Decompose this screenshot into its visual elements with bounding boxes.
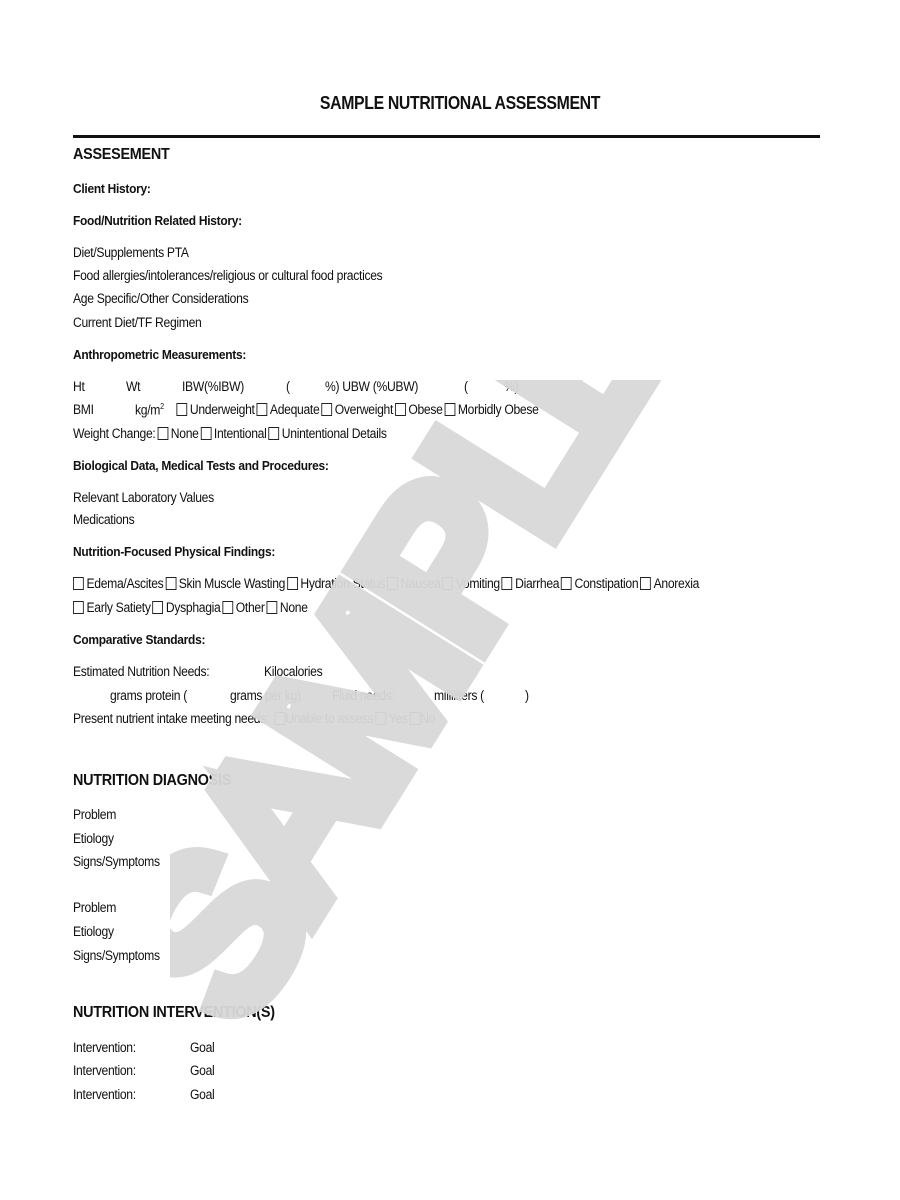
biological-item: Relevant Laboratory Values xyxy=(73,490,214,505)
finding-label: Anorexia xyxy=(654,576,699,591)
anthro-ht: Ht xyxy=(73,379,85,394)
anthro-paren-close: %) xyxy=(504,379,518,394)
comparative-label: Comparative Standards: xyxy=(73,632,205,647)
intervention-label: Intervention: xyxy=(73,1087,136,1102)
milliliters-label: milliliters ( xyxy=(434,688,484,703)
intake-unable-checkbox[interactable] xyxy=(274,712,285,725)
food-history-label: Food/Nutrition Related History: xyxy=(73,213,242,228)
intervention-label: Intervention: xyxy=(73,1040,136,1055)
food-history-item: Food allergies/intolerances/religious or… xyxy=(73,268,382,283)
weight-change-option-label: Intentional xyxy=(214,426,267,441)
finding-other-checkbox[interactable] xyxy=(222,601,233,614)
bmi-label: BMI xyxy=(73,402,94,417)
bmi-obese-checkbox[interactable] xyxy=(395,403,406,416)
finding-label: Skin Muscle Wasting xyxy=(179,576,285,591)
weight-change-option-label: Unintentional Details xyxy=(282,426,387,441)
finding-diarrhea-checkbox[interactable] xyxy=(502,577,513,590)
finding-label: Early Satiety xyxy=(87,600,151,615)
intervention-label: Intervention: xyxy=(73,1063,136,1078)
weight-change-label: Weight Change: xyxy=(73,426,156,441)
food-history-item: Current Diet/TF Regimen xyxy=(73,315,201,330)
bmi-option-label: Obese xyxy=(408,402,442,417)
biological-item: Medications xyxy=(73,512,134,527)
fluid-needs-label: Fluid needs: xyxy=(332,688,394,703)
grams-per-kg-label: grams per kg) xyxy=(230,688,301,703)
intake-no-checkbox[interactable] xyxy=(409,712,420,725)
finding-label: Diarrhea xyxy=(515,576,559,591)
finding-nausea-checkbox[interactable] xyxy=(387,577,398,590)
document-page: SAMPLE NUTRITIONAL ASSESSMENT ASSESEMENT… xyxy=(0,0,900,1200)
diagnosis-heading: NUTRITION DIAGNOSIS xyxy=(73,772,231,790)
physical-findings-label: Nutrition-Focused Physical Findings: xyxy=(73,544,275,559)
diagnosis-signs: Signs/Symptoms xyxy=(73,948,160,963)
finding-label: Constipation xyxy=(575,576,639,591)
finding-dysphagia-checkbox[interactable] xyxy=(152,601,163,614)
bmi-option-label: Adequate xyxy=(270,402,320,417)
intervention-goal: Goal xyxy=(190,1087,214,1102)
grams-protein-label: grams protein ( xyxy=(110,688,187,703)
food-history-item: Diet/Supplements PTA xyxy=(73,245,189,260)
finding-label: None xyxy=(280,600,308,615)
biological-label: Biological Data, Medical Tests and Proce… xyxy=(73,458,329,473)
anthro-paren-open: ( xyxy=(286,379,290,394)
weight-change-unintentional-checkbox[interactable] xyxy=(268,427,279,440)
bmi-adequate-checkbox[interactable] xyxy=(256,403,267,416)
finding-label: Hydration Status xyxy=(300,576,385,591)
weight-change-intentional-checkbox[interactable] xyxy=(200,427,211,440)
anthropometric-label: Anthropometric Measurements: xyxy=(73,347,246,362)
diagnosis-signs: Signs/Symptoms xyxy=(73,854,160,869)
bmi-options-row: kg/m2 Underweight Adequate Overweight Ob… xyxy=(135,402,539,418)
bmi-overweight-checkbox[interactable] xyxy=(321,403,332,416)
intake-label: Present nutrient intake meeting needs: xyxy=(73,711,269,726)
finding-label: Nausea xyxy=(400,576,440,591)
bmi-option-label: Morbidly Obese xyxy=(458,402,539,417)
diagnosis-problem: Problem xyxy=(73,807,116,822)
finding-hydration-checkbox[interactable] xyxy=(287,577,298,590)
bmi-underweight-checkbox[interactable] xyxy=(176,403,187,416)
anthro-ibw: IBW(%IBW) xyxy=(182,379,244,394)
intake-yes-checkbox[interactable] xyxy=(375,712,386,725)
finding-vomiting-checkbox[interactable] xyxy=(442,577,453,590)
client-history-label: Client History: xyxy=(73,181,151,196)
weight-change-option-label: None xyxy=(171,426,199,441)
intake-option-label: Unable to assess xyxy=(285,711,373,726)
finding-edema-checkbox[interactable] xyxy=(73,577,84,590)
intake-option-label: Yes xyxy=(389,711,408,726)
finding-none-checkbox[interactable] xyxy=(266,601,277,614)
bmi-unit: kg/m2 xyxy=(135,402,164,418)
weight-change-row: Weight Change: None Intentional Unintent… xyxy=(73,426,387,441)
finding-anorexia-checkbox[interactable] xyxy=(640,577,651,590)
anthro-ubw: %) UBW (%UBW) xyxy=(325,379,418,394)
anthro-wt: Wt xyxy=(126,379,140,394)
diagnosis-problem: Problem xyxy=(73,900,116,915)
anthro-paren-open: ( xyxy=(464,379,468,394)
finding-label: Edema/Ascites xyxy=(87,576,164,591)
title-divider xyxy=(73,135,820,138)
bmi-morbidly-obese-checkbox[interactable] xyxy=(444,403,455,416)
intake-row: Present nutrient intake meeting needs: U… xyxy=(73,711,435,726)
est-needs-label: Estimated Nutrition Needs: xyxy=(73,664,209,679)
bmi-option-label: Overweight xyxy=(335,402,393,417)
intake-option-label: No xyxy=(420,711,435,726)
physical-findings-row-1: Edema/Ascites Skin Muscle Wasting Hydrat… xyxy=(73,576,699,591)
food-history-item: Age Specific/Other Considerations xyxy=(73,291,248,306)
physical-findings-row-2: Early Satiety Dysphagia Other None xyxy=(73,600,308,615)
assessment-heading: ASSESEMENT xyxy=(73,146,170,164)
finding-label: Dysphagia xyxy=(166,600,221,615)
page-title: SAMPLE NUTRITIONAL ASSESSMENT xyxy=(55,93,865,114)
diagnosis-etiology: Etiology xyxy=(73,831,114,846)
finding-label: Other xyxy=(236,600,265,615)
finding-early-satiety-checkbox[interactable] xyxy=(73,601,84,614)
finding-label: Vomiting xyxy=(456,576,500,591)
sample-watermark: SAMPLE xyxy=(170,380,870,1080)
milliliters-close: ) xyxy=(525,688,529,703)
intervention-goal: Goal xyxy=(190,1063,214,1078)
finding-skin-muscle-checkbox[interactable] xyxy=(165,577,176,590)
intervention-heading: NUTRITION INTERVENTION(S) xyxy=(73,1004,275,1022)
kilocalories-label: Kilocalories xyxy=(264,664,322,679)
intervention-goal: Goal xyxy=(190,1040,214,1055)
weight-change-none-checkbox[interactable] xyxy=(157,427,168,440)
finding-constipation-checkbox[interactable] xyxy=(561,577,572,590)
bmi-option-label: Underweight xyxy=(190,402,255,417)
diagnosis-etiology: Etiology xyxy=(73,924,114,939)
